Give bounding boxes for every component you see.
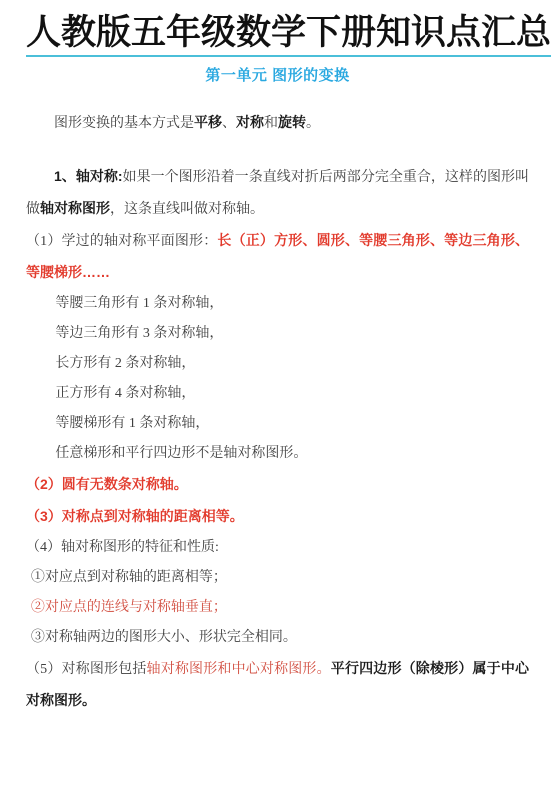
text-segment: 对称: [236, 114, 264, 130]
page-title-text: 人教版五年级数学下册知识点汇总: [26, 12, 551, 57]
text-segment: 1、轴对称:: [54, 168, 123, 184]
text-segment: （3）对称点到对称轴的距离相等。: [26, 508, 244, 524]
text-segment: 平移: [194, 114, 222, 130]
text-segment: （4）轴对称图形的特征和性质:: [26, 540, 219, 555]
text-segment: 正方形有 4 条对称轴，: [55, 386, 195, 401]
text-segment: 图形变换的基本方式是: [54, 116, 194, 131]
text-segment: ①对应点到对称轴的距离相等；: [31, 570, 227, 585]
text-segment: （2）圆有无数条对称轴。: [26, 476, 188, 492]
paragraph: 等腰三角形有 1 条对称轴，: [26, 289, 529, 319]
paragraph: （3）对称点到对称轴的距离相等。: [26, 501, 529, 533]
paragraph: 长方形有 2 条对称轴，: [26, 349, 529, 379]
paragraph: ②对应点的连线与对称轴垂直；: [26, 593, 529, 623]
paragraph: （4）轴对称图形的特征和性质:: [26, 533, 529, 563]
text-segment: 等边三角形有 3 条对称轴，: [55, 326, 223, 341]
text-segment: ③对称轴两边的图形大小、形状完全相同。: [31, 630, 297, 645]
paragraph: （1）学过的轴对称平面图形：长（正）方形、圆形、等腰三角形、等边三角形、等腰梯形…: [26, 225, 529, 289]
document-body: 图形变换的基本方式是平移、对称和旋转。1、轴对称:如果一个图形沿着一条直线对折后…: [26, 107, 529, 717]
text-segment: （1）学过的轴对称平面图形：: [26, 234, 217, 249]
text-segment: 、: [222, 116, 236, 131]
paragraph: 图形变换的基本方式是平移、对称和旋转。: [26, 107, 529, 139]
page-title: 人教版五年级数学下册知识点汇总: [26, 12, 529, 57]
paragraph: 任意梯形和平行四边形不是轴对称图形。: [26, 439, 529, 469]
text-segment: 任意梯形和平行四边形不是轴对称图形。: [55, 446, 307, 461]
paragraph: 1、轴对称:如果一个图形沿着一条直线对折后两部分完全重合，这样的图形叫做轴对称图…: [26, 161, 529, 225]
paragraph: （5）对称图形包括轴对称图形和中心对称图形。平行四边形（除棱形）属于中心对称图形…: [26, 653, 529, 717]
paragraph: 正方形有 4 条对称轴，: [26, 379, 529, 409]
text-segment: 等腰三角形有 1 条对称轴，: [55, 296, 223, 311]
paragraph: ③对称轴两边的图形大小、形状完全相同。: [26, 623, 529, 653]
text-segment: 和: [264, 116, 278, 131]
text-segment: （5）对称图形包括: [26, 662, 147, 677]
text-segment: 轴对称图形和中心对称图形。: [147, 662, 331, 677]
paragraph: 等腰梯形有 1 条对称轴，: [26, 409, 529, 439]
text-segment: 长方形有 2 条对称轴，: [55, 356, 195, 371]
text-segment: 旋转: [278, 114, 306, 130]
paragraph: ①对应点到对称轴的距离相等；: [26, 563, 529, 593]
paragraph: （2）圆有无数条对称轴。: [26, 469, 529, 501]
paragraph: 等边三角形有 3 条对称轴，: [26, 319, 529, 349]
text-segment: ，这条直线叫做对称轴。: [110, 202, 264, 217]
text-segment: 轴对称图形: [40, 200, 110, 216]
document-page: 人教版五年级数学下册知识点汇总 第一单元 图形的变换 图形变换的基本方式是平移、…: [0, 0, 555, 785]
text-segment: ②对应点的连线与对称轴垂直；: [31, 600, 227, 615]
text-segment: 。: [306, 116, 320, 131]
unit-heading: 第一单元 图形的变换: [26, 64, 529, 85]
text-segment: 等腰梯形有 1 条对称轴，: [55, 416, 209, 431]
